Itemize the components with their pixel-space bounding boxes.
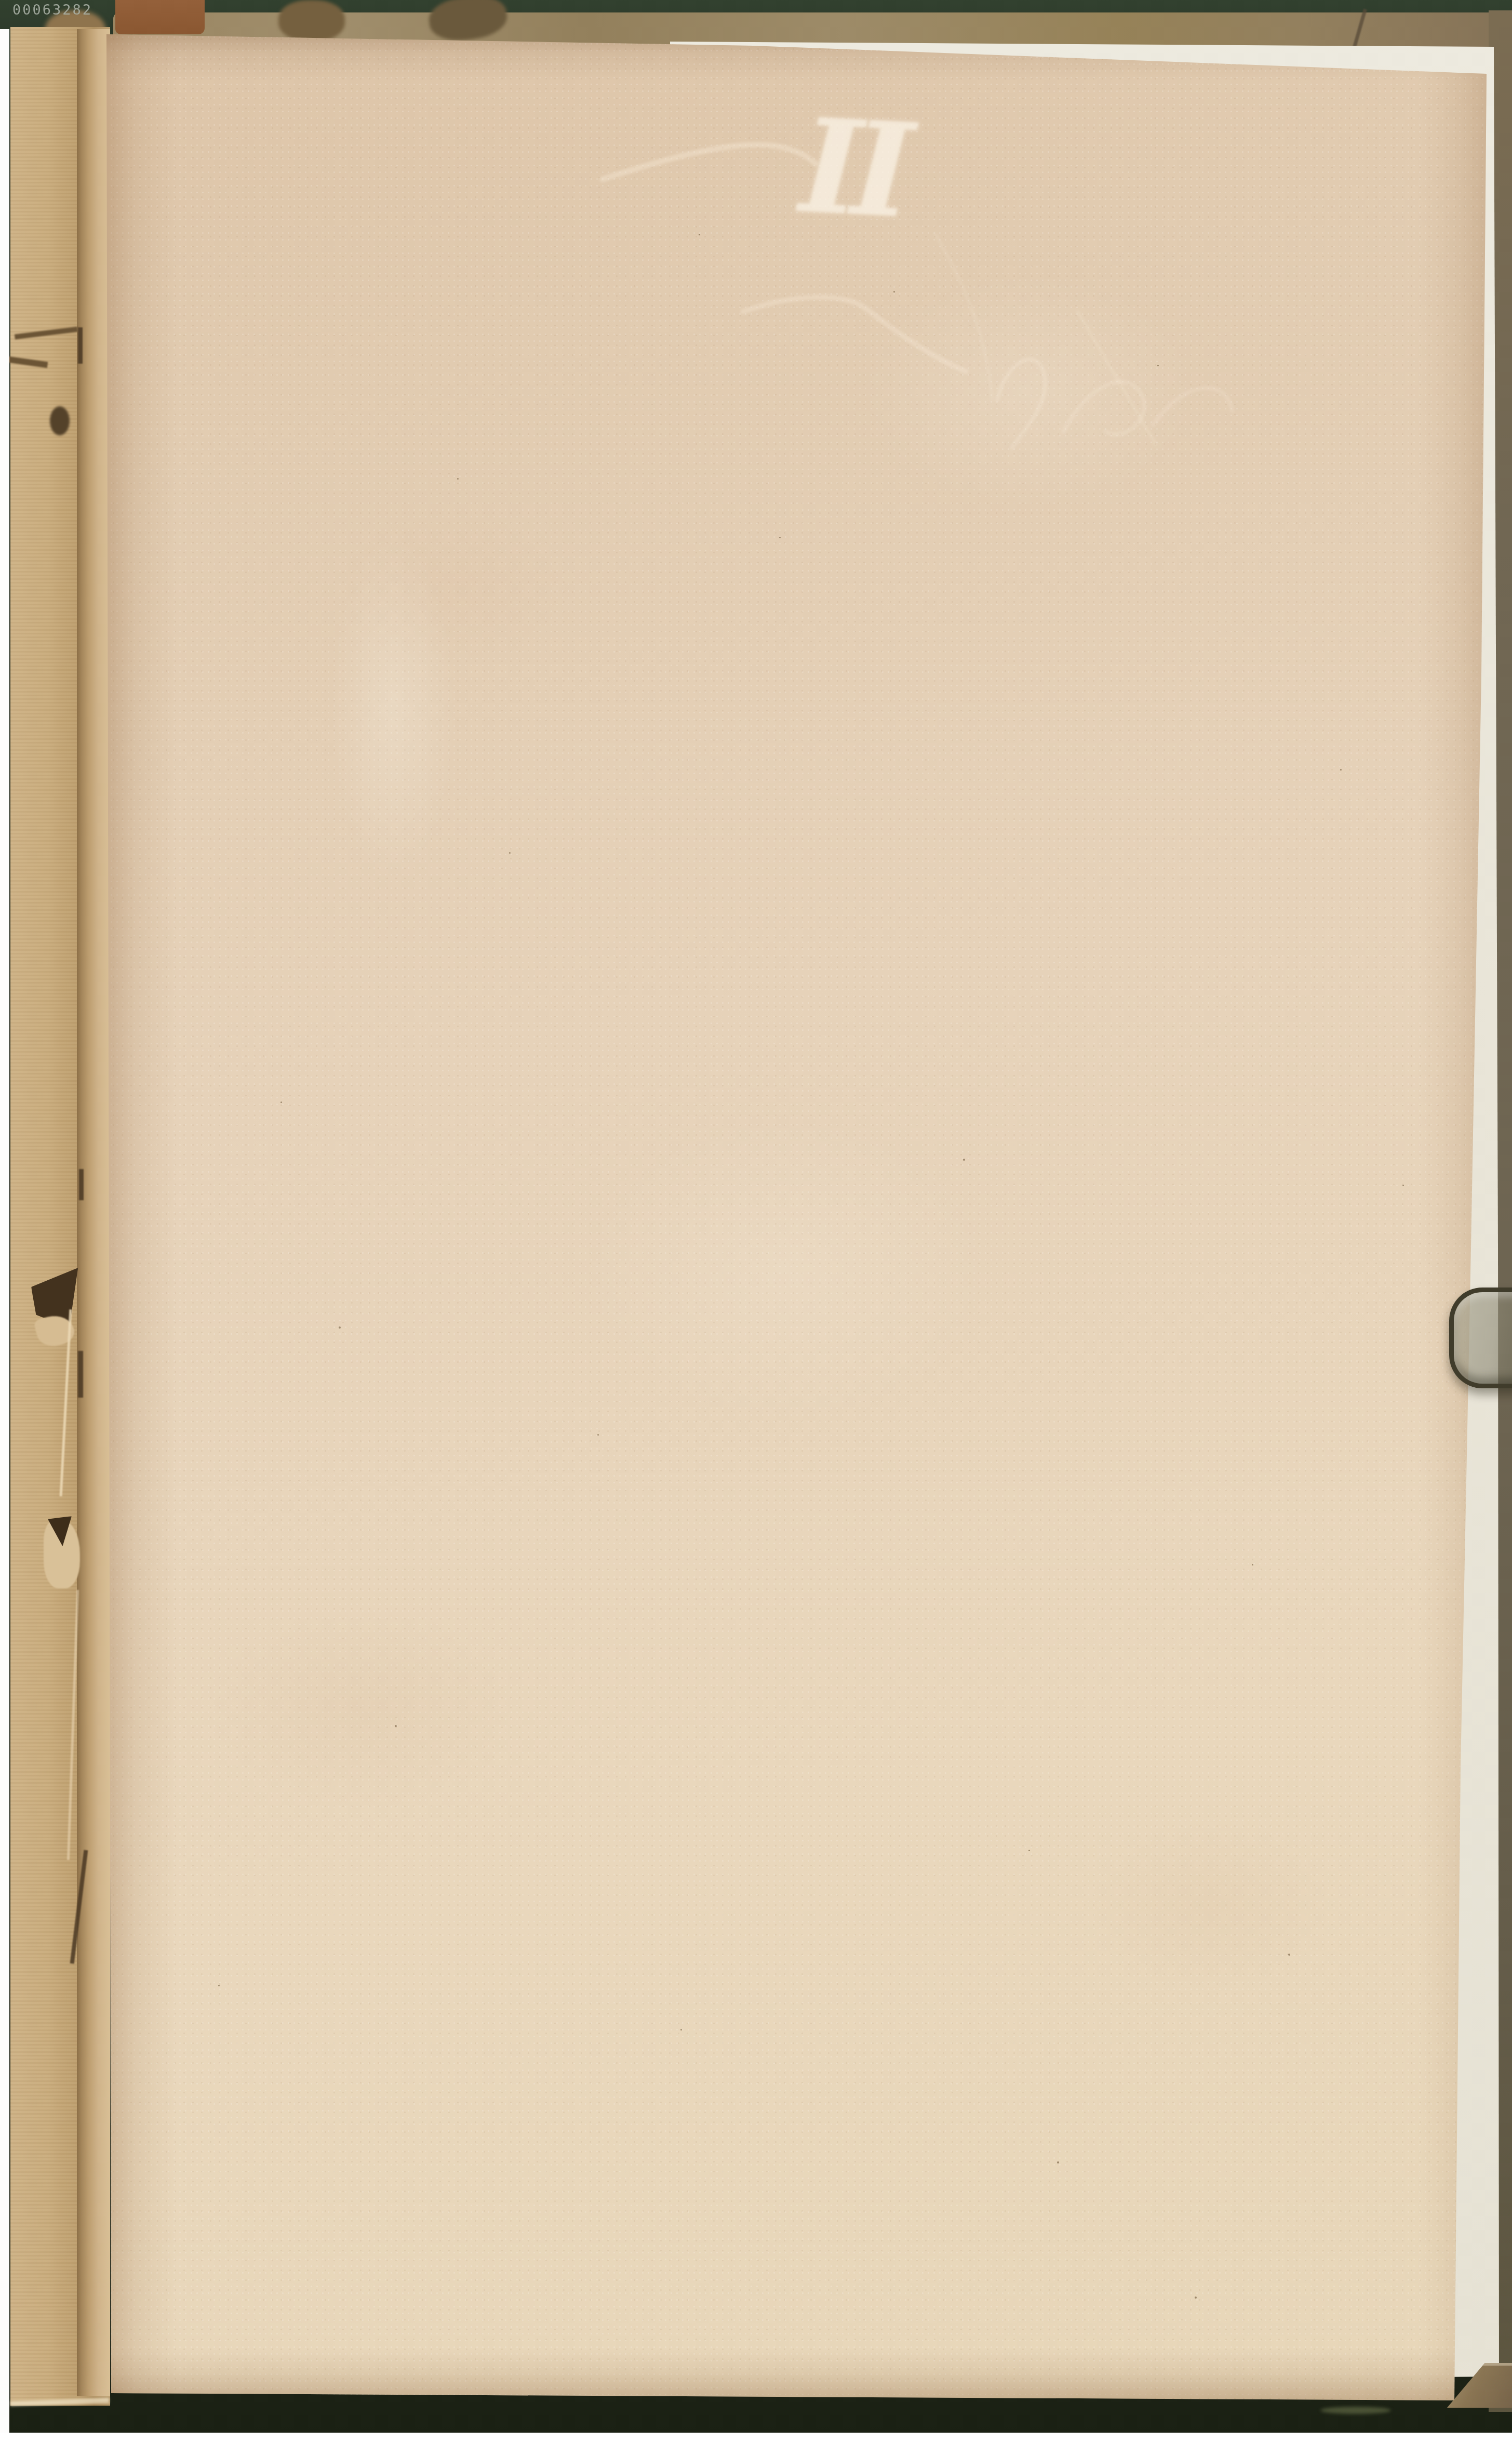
paper-speck (1252, 1564, 1253, 1565)
page-shadow (106, 2348, 1457, 2400)
paper-speck (1195, 2297, 1197, 2299)
paper-speck (1288, 1954, 1290, 1956)
scan-id-label: 00063282 (12, 2, 92, 18)
paper-speck (280, 1101, 282, 1103)
spine-knot-tear (50, 406, 70, 435)
book-scan-viewport: II 00063282 (0, 0, 1512, 2442)
paper-speck (680, 2029, 682, 2030)
scan-frame-bottom (0, 2433, 1512, 2442)
faint-inscription-and-creases (571, 68, 1350, 509)
paper-speck (963, 1159, 965, 1161)
chalk-numeral-mark: II (798, 100, 907, 235)
seam-crack (79, 1169, 84, 1200)
gutter-seam (77, 29, 110, 2396)
paper-speck (893, 291, 895, 293)
paper-speck (509, 852, 511, 854)
scan-frame-left (0, 29, 9, 2442)
cover-edge-lump (278, 0, 345, 42)
paper-speck (699, 234, 700, 235)
paper-speck (1402, 1185, 1404, 1186)
seam-crack (78, 1351, 83, 1398)
book-page: II (0, 0, 1512, 2442)
paper-speck (457, 478, 459, 480)
paper-speck (779, 537, 781, 538)
cover-leather-patch (115, 0, 205, 34)
page-holder-clip (1449, 1288, 1512, 1388)
paper-speck (1057, 2161, 1059, 2164)
paper-speck (1028, 1850, 1030, 1851)
page-gutter-shadow (104, 31, 177, 2395)
paper-speck (1157, 365, 1159, 366)
seam-crack (78, 327, 83, 364)
paper-speck (339, 1326, 341, 1329)
paper-speck (218, 1985, 220, 1986)
scanner-smudge (1320, 2407, 1391, 2414)
paper-speck (1340, 769, 1342, 771)
paper-speck (597, 1434, 599, 1436)
paper-speck (395, 1725, 397, 1727)
